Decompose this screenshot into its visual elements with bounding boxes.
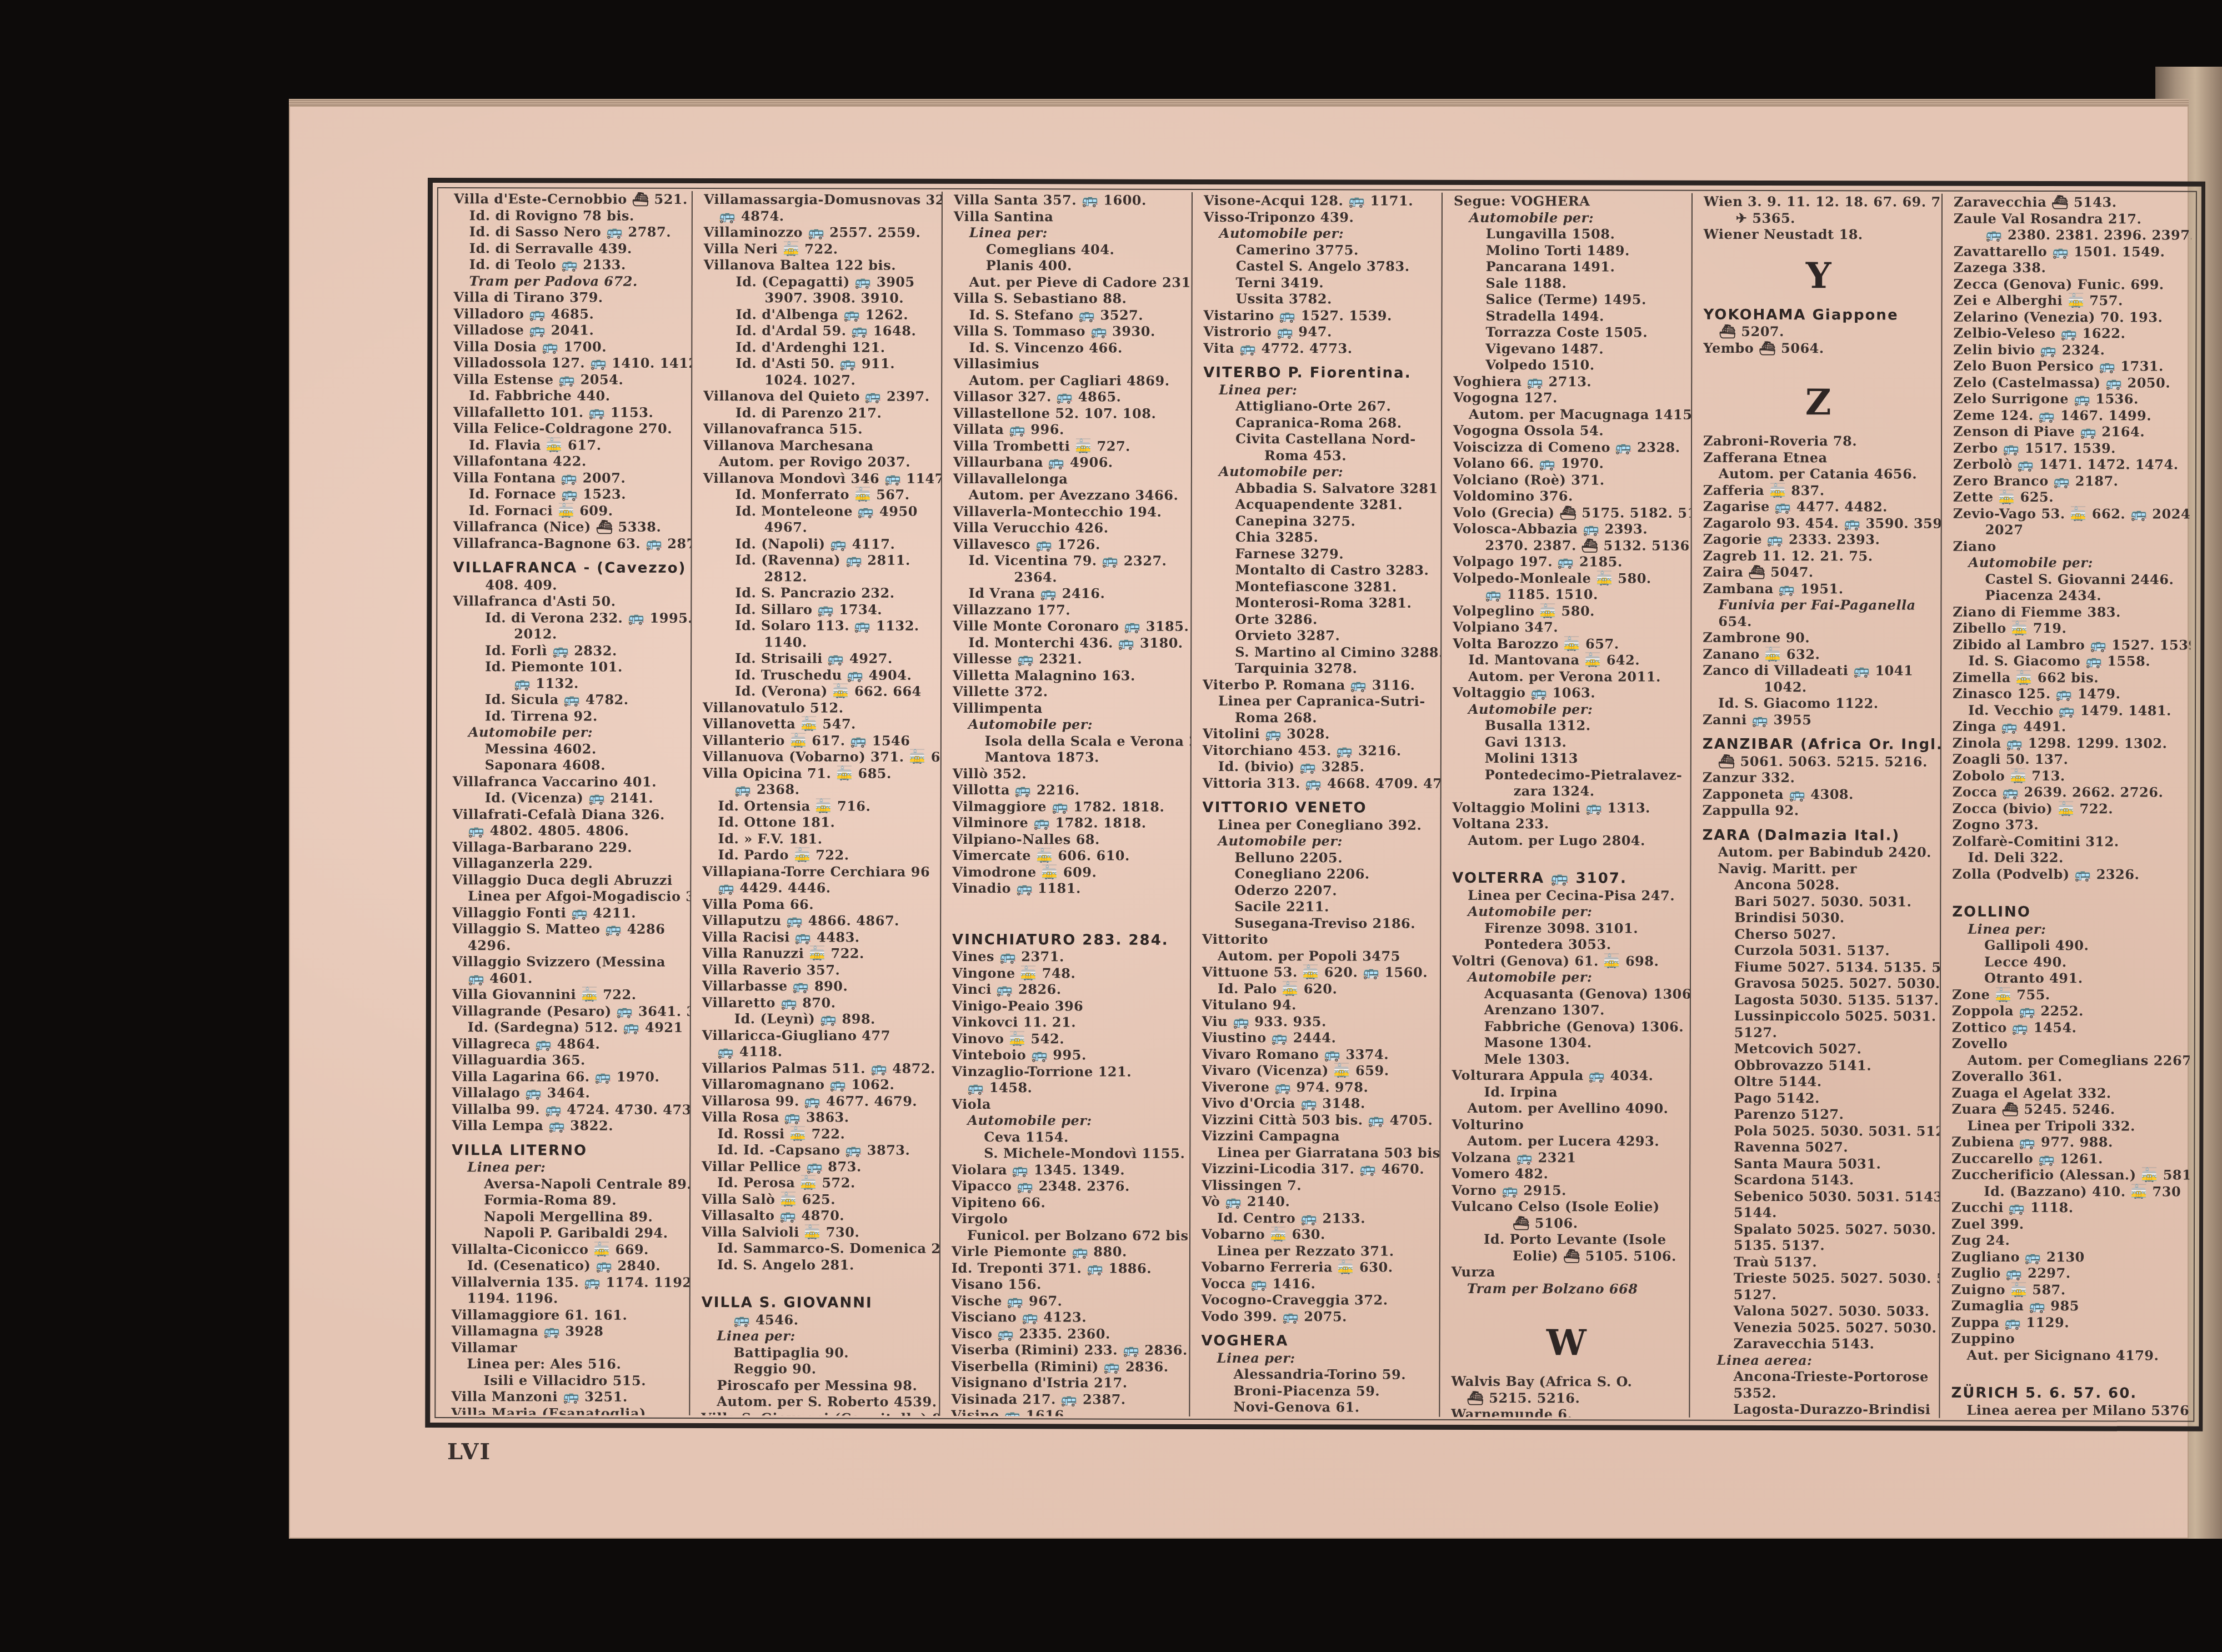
index-entry: Vlissingen 7.	[1202, 1177, 1432, 1193]
index-entry: Linea per:	[702, 1328, 932, 1344]
index-entry: Villafalletto 101. 🚌 1153.	[453, 404, 683, 420]
index-heading: VILLA S. GIOVANNI	[702, 1295, 932, 1311]
index-entry: Id. Sammarco-S. Domenica 217	[702, 1240, 932, 1256]
index-entry: Villanova Mondovì 346 🚌 1147	[703, 470, 933, 487]
index-entry: Villaggio S. Matteo 🚌 4286	[452, 920, 682, 937]
index-entry: Terni 3419.	[1204, 274, 1434, 291]
index-entry: Zenson di Piave 🚌 2164.	[1953, 423, 2183, 440]
index-entry: Villadossola 127. 🚌 1410. 1412.	[453, 354, 683, 371]
index-entry: Villa Raverio 357.	[702, 962, 932, 978]
index-entry: Volturara Appula 🚌 4034.	[1452, 1067, 1682, 1084]
index-entry: Id. Fabbriche 440.	[453, 387, 683, 404]
index-entry: Visignano d'Istria 217.	[951, 1374, 1181, 1391]
index-entry: Zaravecchia ⛴ 5143.	[1954, 194, 2184, 211]
index-entry: Gravosa 5025. 5027. 5030. 5031	[1702, 975, 1932, 992]
index-entry: Venezia 5025. 5027. 5030. 5031	[1701, 1319, 1931, 1335]
index-entry: Villaricca-Giugliano 477	[702, 1027, 932, 1044]
index-entry: Tram per Bolzano 668	[1452, 1280, 1681, 1296]
index-entry: Vivaro Romano 🚌 3374.	[1202, 1045, 1432, 1062]
index-entry: Vilminore 🚌 1782. 1818.	[953, 814, 1183, 831]
index-entry: Piacenza 2434.	[1953, 587, 2183, 604]
index-entry: Vittoria 313. 🚌 4668. 4709. 4713	[1203, 774, 1433, 791]
index-entry: Ville Monte Coronaro 🚌 3185.	[953, 618, 1183, 634]
index-entry: Id. Solaro 113. 🚌 1132.	[703, 617, 933, 634]
index-entry: Linea aerea per Milano 5376.	[1951, 1401, 2181, 1418]
index-entry: Zolla (Podvelb) 🚌 2326.	[1952, 865, 2182, 882]
index-entry: Id. Sicula 🚌 4782.	[453, 691, 683, 708]
index-entry: Villa Racisi 🚌 4483.	[702, 929, 932, 945]
page-folio: LVI	[447, 1439, 491, 1465]
index-entry: Villafranca-Bagnone 63. 🚌 2873.	[453, 535, 683, 552]
index-entry: Villaminozzo 🚌 2557. 2559.	[704, 224, 934, 241]
index-entry: Orvieto 3287.	[1203, 627, 1433, 644]
index-heading: VILLAFRANCA - (Cavezzo)	[453, 560, 683, 577]
index-entry: Scardona 5143.	[1701, 1172, 1931, 1188]
index-entry: Montefiascone 3281.	[1203, 578, 1433, 594]
index-entry: Id. Ortensia 🚋 716.	[703, 798, 933, 814]
index-column-3: Villa Santa 357. 🚌 1600.Villa SantinaLin…	[940, 192, 1193, 1416]
index-entry: Planis 400.	[954, 257, 1184, 274]
index-entry: Id. di Sasso Nero 🚌 2787.	[454, 223, 684, 240]
index-entry: Vò 🚌 2140.	[1202, 1193, 1432, 1210]
index-entry: Villazzano 177.	[953, 601, 1183, 618]
index-entry: 4296.	[452, 937, 682, 954]
index-entry: Volciano (Roè) 371.	[1453, 471, 1683, 488]
index-entry: Visciano 🚌 4123.	[952, 1309, 1182, 1325]
index-entry: Id. (Sardegna) 512. 🚌 4921	[452, 1019, 682, 1035]
index-entry: Villa S. Sebastiano 88.	[954, 290, 1184, 307]
index-entry: 2812.	[703, 568, 933, 585]
index-entry: Bari 5027. 5030. 5031.	[1702, 893, 1932, 909]
index-entry: Vobarno 🚋 630.	[1202, 1226, 1432, 1243]
index-entry: Id. Flavia 🚋 617.	[453, 437, 683, 453]
index-entry: Masone 1304.	[1452, 1034, 1682, 1051]
index-entry: Zugliano 🚌 2130	[1951, 1248, 2181, 1265]
index-entry: Zoagli 50. 137.	[1953, 751, 2183, 768]
index-entry: Id. (Leynì) 🚌 898.	[702, 1010, 932, 1027]
index-entry: Villarbasse 🚌 890.	[702, 978, 932, 994]
index-entry: 3907. 3908. 3910.	[704, 289, 934, 306]
index-entry: Volo (Grecia) ⛴ 5175. 5182. 5184.	[1453, 504, 1683, 520]
index-entry: Visano 156.	[952, 1276, 1182, 1293]
index-entry: Cherso 5027.	[1702, 925, 1932, 942]
index-entry: ✈ 5365.	[1704, 209, 1934, 226]
index-entry: Linea per:	[954, 224, 1184, 241]
index-entry: Vizzini Città 503 bis. 🚌 4705.	[1202, 1111, 1432, 1128]
index-entry: Volosca-Abbazia 🚌 2393.	[1453, 520, 1683, 537]
index-entry: Vocogno-Craveggia 372.	[1202, 1291, 1432, 1308]
index-entry: Id. Monterchi 436. 🚌 3180.	[953, 634, 1183, 650]
index-entry: Susegana-Treviso 2186.	[1202, 914, 1432, 931]
index-entry: Vistrorio 🚌 947.	[1203, 323, 1433, 340]
index-entry: Vobarno Ferreria 🚋 630.	[1202, 1259, 1432, 1275]
index-entry: Villalvernia 135. 🚌 1174. 1192	[452, 1274, 682, 1290]
index-entry: Villasor 327. 🚌 4865.	[953, 388, 1183, 405]
index-heading: VITERBO P. Fiorentina.	[1203, 365, 1433, 382]
index-entry: Villaurbana 🚌 4906.	[953, 454, 1183, 470]
index-entry: Zocca 🚌 2639. 2662. 2726.	[1953, 784, 2183, 800]
index-entry: Villanovetta 🚋 547.	[703, 715, 933, 732]
index-entry: Pola 5025. 5030. 5031. 5127.	[1701, 1122, 1931, 1139]
index-entry: Id. Pardo 🚋 722.	[702, 847, 932, 863]
index-entry: Zanni 🚌 3955	[1703, 711, 1933, 728]
index-entry: Trieste 5025. 5027. 5030. 5031.	[1701, 1270, 1931, 1286]
index-entry: Abbadia S. Salvatore 3281	[1203, 479, 1433, 496]
index-entry: Curzola 5031. 5137.	[1702, 942, 1932, 959]
index-entry: Vivo d'Orcia 🚌 3148.	[1202, 1095, 1432, 1112]
index-entry: Villette 372.	[953, 683, 1183, 700]
index-entry: Vinkovci 11. 21.	[952, 1014, 1182, 1030]
index-entry: Monterosi-Roma 3281.	[1203, 594, 1433, 611]
index-entry: Automobile per:	[1953, 554, 2183, 571]
index-entry: Civita Castellana Nord-	[1203, 430, 1433, 447]
index-entry: Reggio 90.	[701, 1360, 931, 1377]
index-entry: Zuppa 🚌 1129.	[1951, 1314, 2181, 1330]
index-heading: YOKOHAMA Giappone	[1703, 307, 1933, 323]
index-entry: 654.	[1703, 613, 1933, 629]
index-entry: Stradella 1494.	[1453, 307, 1683, 324]
index-entry: Villaganzerla 229.	[452, 855, 682, 872]
index-entry: Id. Sillaro 🚌 1734.	[703, 601, 933, 618]
index-entry: Villa di Tirano 379.	[454, 289, 684, 306]
index-entry: Id. di Parenzo 217.	[703, 404, 933, 421]
index-entry: Zibido al Lambro 🚌 1527. 1539.	[1953, 636, 2183, 653]
index-entry: Voltaggio 🚌 1063.	[1453, 684, 1683, 701]
index-entry: Castel S. Angelo 3783.	[1204, 258, 1434, 274]
index-entry: Warnemunde 6.	[1451, 1406, 1681, 1418]
index-entry: Visco 🚌 2335. 2360.	[952, 1325, 1182, 1341]
index-entry: Zevio-Vago 53. 🚋 662. 🚌 2024	[1953, 505, 2183, 522]
spacer	[1452, 1296, 1681, 1310]
index-entry: Linea per:	[1202, 1349, 1432, 1366]
index-entry: 5352.	[1701, 1384, 1931, 1401]
index-entry: Gavi 1313.	[1453, 733, 1683, 750]
index-entry: ⛴ 5207.	[1703, 323, 1933, 340]
index-entry: Parenzo 5127.	[1701, 1106, 1931, 1123]
index-entry: Id. » F.V. 181.	[702, 830, 932, 847]
index-entry: Zagarolo 93. 454. 🚌 3590. 3599	[1703, 514, 1933, 531]
index-entry: Villa Lempa 🚌 3822.	[452, 1117, 682, 1134]
index-entry: Villamaggiore 61. 161.	[452, 1306, 682, 1323]
index-entry: Autom. per Babindub 2420.	[1702, 844, 1932, 860]
index-entry: Aut. per Pieve di Cadore 2311	[954, 273, 1184, 290]
index-entry: Villimpenta	[953, 699, 1183, 716]
index-entry: Firenze 3098. 3101.	[1452, 919, 1682, 936]
index-entry: Vogogna 127.	[1453, 389, 1683, 406]
index-entry: Autom. per Avezzano 3466.	[953, 487, 1183, 503]
index-entry: Zagorie 🚌 2333. 2393.	[1703, 531, 1933, 548]
index-entry: Vitolini 🚌 3028.	[1203, 725, 1433, 742]
index-entry: Viserbella (Rimini) 🚌 2836.	[951, 1358, 1181, 1374]
index-entry: Voghiera 🚌 2713.	[1453, 373, 1683, 389]
index-entry: Zimella 🚋 662 bis.	[1953, 669, 2183, 685]
index-column-2: Villamassargia-Domusnovas 329🚌 4874.Vill…	[690, 191, 943, 1416]
index-entry: Id. Mantovana 🚋 642.	[1453, 652, 1683, 668]
index-entry: Funicol. per Bolzano 672 bis.	[952, 1227, 1182, 1243]
index-heading: VOGHERA	[1202, 1333, 1432, 1350]
index-entry: Navig. Maritt. per	[1702, 860, 1932, 877]
index-entry: Vivaro (Vicenza) 🚋 659.	[1202, 1062, 1432, 1079]
index-entry: Farnese 3279.	[1203, 545, 1433, 562]
index-entry: Zuara ⛴ 5245. 5246.	[1951, 1101, 2181, 1118]
index-entry: Wiener Neustadt 18.	[1704, 226, 1934, 243]
index-entry: Vimercate 🚋 606. 610.	[952, 847, 1182, 864]
index-entry: Autom. per Lucera 4293.	[1452, 1133, 1681, 1149]
index-column-5: Segue: VOGHERAAutomobile per:Lungavilla …	[1440, 193, 1693, 1418]
index-entry: Villa Felice-Coldragone 270.	[453, 420, 683, 437]
index-entry: Villa Maria (Esanatoglia)	[451, 1405, 681, 1415]
index-column-4: Visone-Acqui 128. 🚌 1171.Visso-Triponzo …	[1190, 192, 1443, 1417]
index-entry: Roma 268.	[1203, 709, 1433, 725]
index-entry: Lagosta-Durazzo-Brindisi	[1701, 1401, 1931, 1418]
index-entry: Salice (Terme) 1495.	[1454, 291, 1684, 308]
index-entry: Villesse 🚌 2321.	[953, 650, 1183, 667]
index-frame: Villa d'Este-Cernobbio ⛴ 521.Id. di Rovi…	[425, 178, 2205, 1431]
index-entry: Villa S. Tommaso 🚌 3930.	[953, 323, 1183, 339]
index-entry: Zubiena 🚌 977. 988.	[1951, 1134, 2181, 1150]
index-entry: Villa d'Este-Cernobbio ⛴ 521.	[454, 191, 684, 207]
index-entry: Vigevano 1487.	[1453, 340, 1683, 357]
index-entry: Belluno 2205.	[1202, 849, 1432, 865]
index-entry: Voltaggio Molini 🚌 1313.	[1453, 799, 1683, 815]
index-entry: Napoli P. Garibaldi 294.	[452, 1224, 682, 1241]
index-entry: 5127.	[1702, 1024, 1932, 1040]
index-entry: Zumaglia 🚌 985	[1951, 1298, 2181, 1314]
index-entry: Villetta Malagnino 163.	[953, 667, 1183, 683]
index-entry: Zocca (bivio) 🚋 722.	[1953, 800, 2183, 817]
index-entry: Vinci 🚌 2826.	[952, 981, 1182, 998]
index-entry: Zei e Alberghi 🚋 757.	[1954, 292, 2184, 309]
index-entry: Villafranca Vaccarino 401.	[453, 773, 683, 790]
index-entry: Zuglio 🚌 2297.	[1951, 1265, 2181, 1281]
index-entry: ⛴ 5215. 5216.	[1451, 1389, 1681, 1406]
index-entry: Oltre 5144.	[1702, 1073, 1932, 1090]
index-entry: Zottico 🚌 1454.	[1952, 1019, 2182, 1035]
index-entry: Linea per Capranica-Sutri-	[1203, 693, 1433, 709]
index-entry: Vitorchiano 453. 🚌 3216.	[1203, 742, 1433, 758]
index-entry: Sebenico 5030. 5031. 5143.	[1701, 1188, 1931, 1204]
spacer	[952, 909, 1182, 923]
index-entry: Zambana 🚌 1951.	[1703, 580, 1933, 597]
index-entry: Villanterio 🚋 617. 🚌 1546	[703, 732, 933, 749]
index-entry: Zanzur 332.	[1703, 769, 1933, 786]
index-entry: Zette 🚋 625.	[1953, 489, 2183, 505]
index-entry: Villafranca (Nice) ⛴ 5338.	[453, 518, 683, 535]
index-entry: Segue: VOGHERA	[1454, 193, 1684, 209]
index-entry: Linea per:	[452, 1159, 682, 1175]
index-entry: Volturino	[1452, 1116, 1681, 1133]
spacer	[1952, 882, 2182, 896]
index-entry: Id. Irpina	[1452, 1083, 1682, 1100]
index-entry: Linea per:	[1952, 920, 2182, 937]
index-entry: Id Vrana 🚌 2416.	[953, 585, 1183, 602]
index-entry: Id. S. Angelo 281.	[702, 1256, 932, 1273]
index-entry: Zagreb 11. 12. 21. 75.	[1703, 547, 1933, 564]
index-entry: Automobile per:	[1454, 209, 1684, 226]
index-entry: 🚌 2368.	[703, 781, 933, 798]
index-entry: Saponara 4608.	[453, 757, 683, 773]
index-entry: Voldomino 376.	[1453, 488, 1683, 504]
index-entry: Villapiana-Torre Cerchiara 96	[702, 863, 932, 880]
index-entry: Acquapendente 3281.	[1203, 496, 1433, 513]
index-entry: Volpedo 1510.	[1453, 357, 1683, 373]
index-entry: 🚌 4546.	[702, 1311, 932, 1328]
index-entry: Volzana 🚌 2321	[1452, 1149, 1681, 1165]
index-heading: VOLTERRA 🚌 3107.	[1452, 870, 1682, 887]
index-entry: Villanova Baltea 122 bis.	[704, 257, 934, 273]
index-entry: Zuccarello 🚌 1261.	[1951, 1150, 2181, 1167]
index-entry: Viustino 🚌 2444.	[1202, 1029, 1432, 1046]
index-entry: Zelo Surrigone 🚌 1536.	[1953, 391, 2183, 407]
index-entry: Viterbo P. Romana 🚌 3116.	[1203, 676, 1433, 693]
index-entry: Id. di Verona 232. 🚌 1995.	[453, 609, 683, 626]
index-entry: 🚌 4601.	[452, 970, 682, 987]
index-entry: Zobolo 🚋 713.	[1953, 767, 2183, 784]
spacer	[702, 1273, 932, 1286]
index-entry: Vomero 482.	[1452, 1165, 1681, 1182]
index-entry: Zucchi 🚌 1118.	[1951, 1199, 2181, 1216]
index-columns: Villa d'Este-Cernobbio ⛴ 521.Id. di Rovi…	[440, 191, 2191, 1419]
index-entry: Funivia per Fai-Paganella	[1703, 597, 1933, 613]
index-entry: Automobile per:	[1203, 463, 1433, 480]
index-entry: Valona 5027. 5030. 5033.	[1701, 1303, 1931, 1319]
index-entry: Visso-Triponzo 439.	[1204, 208, 1434, 225]
index-entry: Villaguardia 365.	[452, 1052, 682, 1068]
index-entry: Capranica-Roma 268.	[1203, 414, 1433, 430]
index-entry: Autom. per Cagliari 4869.	[953, 372, 1183, 388]
index-entry: Villalago 🚌 3464.	[452, 1084, 682, 1101]
index-entry: 1042.	[1703, 678, 1933, 695]
index-entry: Vinteboio 🚌 995.	[952, 1047, 1182, 1063]
index-entry: Id. d'Ardenghi 121.	[703, 339, 933, 356]
index-entry: Santa Maura 5031.	[1701, 1155, 1931, 1172]
index-entry: Zolfarè-Comitini 312.	[1952, 833, 2182, 849]
index-entry: Comeglians 404.	[954, 241, 1184, 257]
index-heading: ZÜRICH 5. 6. 57. 60.	[1951, 1385, 2181, 1402]
index-entry: Zuigno 🚋 587.	[1951, 1281, 2181, 1298]
index-entry: 5127.	[1701, 1286, 1931, 1303]
index-entry: Virle Piemonte 🚌 880.	[952, 1243, 1182, 1260]
index-entry: Volta Barozzo 🚋 657.	[1453, 635, 1683, 652]
index-entry: Villa Giovannini 🚋 722.	[452, 986, 682, 1003]
index-entry: Id. Centro 🚌 2133.	[1202, 1209, 1432, 1226]
index-entry: Villa Salvioli 🚋 730.	[702, 1224, 932, 1240]
index-entry: Automobile per:	[953, 716, 1183, 733]
index-entry: Villamagna 🚌 3928	[452, 1323, 682, 1339]
index-entry: Id. Rossi 🚋 722.	[702, 1125, 932, 1142]
index-entry: Zafferana Etnea	[1703, 449, 1933, 465]
index-entry: Alessandria-Torino 59.	[1201, 1366, 1431, 1383]
index-entry: Id. Ottone 181.	[703, 814, 933, 830]
index-entry: Villamassargia-Domusnovas 329	[704, 191, 934, 208]
index-entry: Aut. per Sicignano 4179.	[1951, 1346, 2181, 1363]
index-entry: Zinola 🚌 1298. 1299. 1302.	[1953, 734, 2183, 751]
index-entry: Id. S. Stefano 🚌 3527.	[953, 306, 1183, 323]
index-entry: Zelo (Castelmassa) 🚌 2050.	[1953, 374, 2183, 391]
index-entry: Oderzo 2207.	[1202, 882, 1432, 898]
index-entry: Lecce 490.	[1952, 953, 2182, 970]
index-entry: Villafranca d'Asti 50.	[453, 593, 683, 609]
index-entry: Villaggio Fonti 🚌 4211.	[452, 904, 682, 921]
index-entry: Id. Monferrato 🚋 567.	[703, 486, 933, 503]
index-entry: ⛴ 5061. 5063. 5215. 5216.	[1703, 753, 1933, 769]
index-entry: 🚌 4429. 4446.	[702, 879, 932, 896]
index-entry: Formia-Roma 89.	[452, 1192, 682, 1208]
index-entry: Id. S. Giacomo 🚌 1558.	[1953, 653, 2183, 669]
index-entry: Virgolo	[952, 1210, 1182, 1227]
index-entry: Zelarino (Venezia) 70. 193.	[1953, 308, 2183, 325]
index-entry: Zeme 124. 🚌 1467. 1499.	[1953, 407, 2183, 423]
index-entry: Id. (Cepagatti) 🚌 3905	[704, 273, 934, 290]
index-entry: Villafontana 422.	[453, 453, 683, 469]
index-entry: Walvis Bay (Africa S. O.	[1451, 1373, 1681, 1390]
index-entry: Vinzaglio-Torrione 121.	[952, 1063, 1182, 1079]
index-entry: Autom. per S. Roberto 4539.	[701, 1393, 931, 1410]
index-entry: Volpedo-Monleale 🚋 580.	[1453, 569, 1683, 586]
index-entry: Villaverla-Montecchio 194.	[953, 503, 1183, 519]
index-entry: Linea aerea:	[1701, 1351, 1931, 1368]
index-entry: Villanova Marchesana	[703, 437, 933, 454]
index-entry: Vipacco 🚌 2348. 2376.	[952, 1178, 1182, 1194]
index-entry: Zuel 399.	[1951, 1215, 2181, 1232]
section-letter: Z	[1703, 381, 1933, 425]
index-entry: Villa Salò 🚋 625.	[702, 1191, 932, 1208]
index-entry: Vittorito	[1202, 931, 1432, 948]
index-entry: Id. (Bazzano) 410. 🚋 730	[1951, 1183, 2181, 1199]
index-entry: Volpiano 347.	[1453, 619, 1683, 635]
index-entry: Linea per Tripoli 332.	[1951, 1117, 2181, 1134]
index-entry: Id. Truschedu 🚌 4904.	[703, 667, 933, 683]
index-entry: Villanovatulo 512.	[703, 699, 933, 716]
index-entry: Zaravecchia 5143.	[1701, 1335, 1931, 1352]
index-entry: Eolie) ⛴ 5105. 5106.	[1452, 1247, 1681, 1264]
index-entry: Zerbo 🚌 1517. 1539.	[1953, 439, 2183, 456]
index-entry: Id. Fornaci 🚋 609.	[453, 502, 683, 519]
index-entry: Vodo 399. 🚌 2075.	[1202, 1308, 1432, 1324]
index-entry: Linea per Conegliano 392.	[1203, 816, 1433, 833]
index-entry: Id. Id. -Capsano 🚌 3873.	[702, 1142, 932, 1158]
index-entry: Vilmaggiore 🚌 1782. 1818.	[953, 798, 1183, 814]
index-entry: Zaule Val Rosandra 217.	[1954, 210, 2184, 227]
index-entry: Ravenna 5027.	[1701, 1139, 1931, 1155]
index-entry: Zone 🚋 755.	[1952, 986, 2182, 1003]
index-entry: Pontedera 3053.	[1452, 936, 1682, 953]
index-entry: Villa Santa 357. 🚌 1600.	[954, 192, 1184, 208]
index-entry: Id. Piemonte 101.	[453, 658, 683, 675]
index-entry: Id. S. Pancrazio 232.	[703, 584, 933, 601]
index-entry: Ancona-Trieste-Portorose	[1701, 1368, 1931, 1385]
index-entry: Vurza	[1452, 1264, 1681, 1280]
index-entry: Villagrande (Pesaro) 🚌 3641. 3663.	[452, 1003, 682, 1019]
index-entry: Villa Verucchio 426.	[953, 519, 1183, 536]
index-entry: 🚌 4802. 4805. 4806.	[453, 822, 683, 839]
index-entry: Automobile per:	[1452, 969, 1682, 985]
index-entry: Autom. per Lugo 2804.	[1452, 832, 1682, 848]
index-entry: Id. Palo 🚋 620.	[1202, 980, 1432, 997]
index-entry: Villaputzu 🚌 4866. 4867.	[702, 912, 932, 929]
index-entry: Autom. per Catania 4656.	[1703, 465, 1933, 482]
index-entry: Molini 1313	[1453, 750, 1683, 767]
index-entry: Villavallelonga	[953, 470, 1183, 487]
index-entry: Villa Santina	[954, 208, 1184, 224]
index-entry: Orte 3286.	[1203, 610, 1433, 627]
index-entry: Canepina 3275.	[1203, 512, 1433, 529]
index-entry: Vogogna Ossola 54.	[1453, 422, 1683, 439]
index-entry: Isili e Villacidro 515.	[451, 1372, 681, 1389]
index-entry: Viverone 🚌 974. 978.	[1202, 1078, 1432, 1095]
index-entry: Id. d'Albenga 🚌 1262.	[703, 306, 933, 323]
index-entry: Villa Opicina 71. 🚋 685.	[703, 765, 933, 782]
